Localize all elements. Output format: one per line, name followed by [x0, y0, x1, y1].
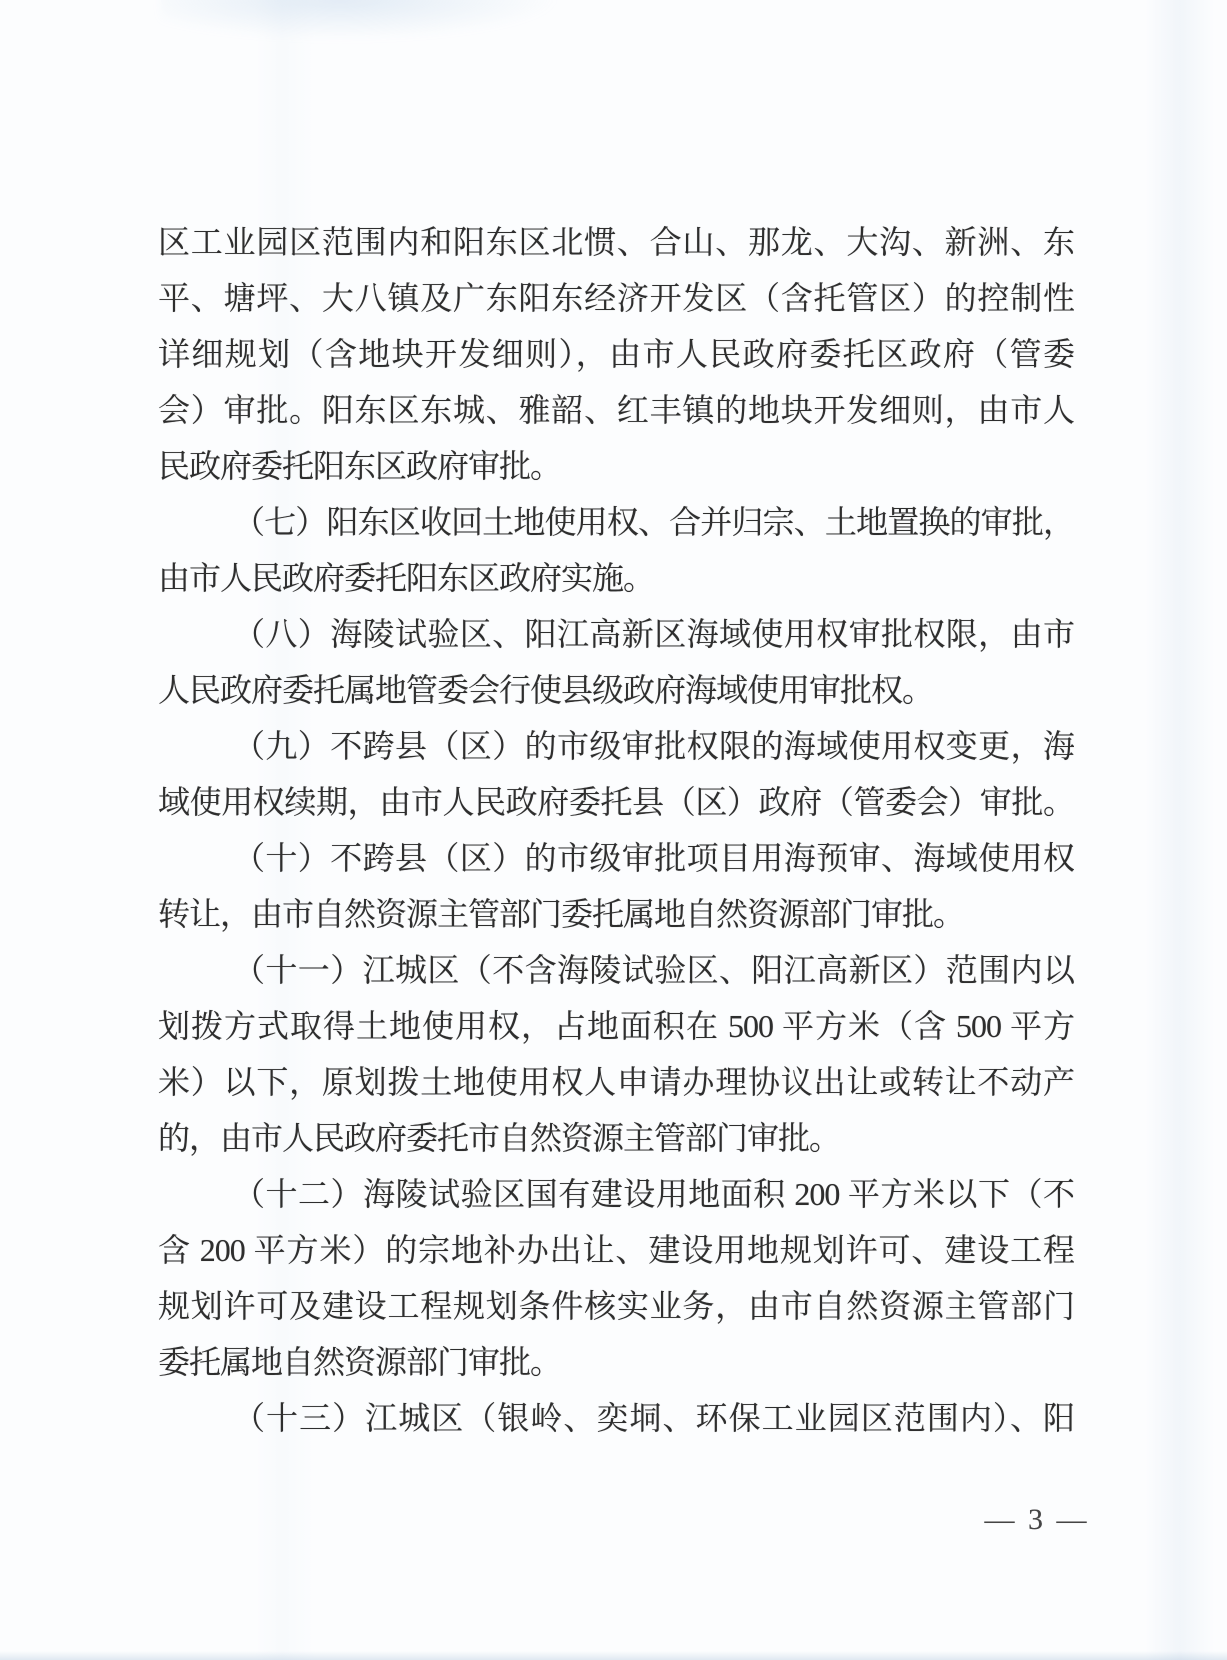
body-line: 委托属地自然资源部门审批。	[158, 1334, 1074, 1390]
body-line: 民政府委托阳东区政府审批。	[158, 438, 1074, 494]
body-line: 划拨方式取得土地使用权，占地面积在 500 平方米（含 500 平方	[158, 998, 1074, 1054]
body-line: （十一）江城区（不含海陵试验区、阳江高新区）范围内以	[158, 942, 1074, 998]
body-line: 详细规划（含地块开发细则），由市人民政府委托区政府（管委	[158, 326, 1074, 382]
body-text: 区工业园区范围内和阳东区北惯、合山、那龙、大沟、新洲、东 平、塘坪、大八镇及广东…	[158, 214, 1074, 1446]
body-line: 含 200 平方米）的宗地补办出让、建设用地规划许可、建设工程	[158, 1222, 1074, 1278]
body-line: （八）海陵试验区、阳江高新区海域使用权审批权限，由市	[158, 606, 1074, 662]
scanned-document-page: 区工业园区范围内和阳东区北惯、合山、那龙、大沟、新洲、东 平、塘坪、大八镇及广东…	[0, 0, 1227, 1660]
body-line: 会）审批。阳东区东城、雅韶、红丰镇的地块开发细则，由市人	[158, 382, 1074, 438]
body-line: 米）以下，原划拨土地使用权人申请办理协议出让或转让不动产	[158, 1054, 1074, 1110]
page-number: — 3 —	[962, 1496, 1112, 1544]
body-line: 规划许可及建设工程规划条件核实业务，由市自然资源主管部门	[158, 1278, 1074, 1334]
body-line: 人民政府委托属地管委会行使县级政府海域使用审批权。	[158, 662, 1074, 718]
body-line: （十二）海陵试验区国有建设用地面积 200 平方米以下（不	[158, 1166, 1074, 1222]
scan-bottom-edge	[0, 1651, 1227, 1660]
body-line: 由市人民政府委托阳东区政府实施。	[158, 550, 1074, 606]
body-line: 域使用权续期，由市人民政府委托县（区）政府（管委会）审批。	[158, 774, 1074, 830]
body-line: （七）阳东区收回土地使用权、合并归宗、土地置换的审批，	[158, 494, 1074, 550]
body-line: （十三）江城区（银岭、奕垌、环保工业园区范围内）、阳	[158, 1390, 1074, 1446]
scan-smudge-top	[160, 0, 560, 40]
body-line: 的，由市人民政府委托市自然资源主管部门审批。	[158, 1110, 1074, 1166]
body-line: 平、塘坪、大八镇及广东阳东经济开发区（含托管区）的控制性	[158, 270, 1074, 326]
body-line: 转让，由市自然资源主管部门委托属地自然资源部门审批。	[158, 886, 1074, 942]
body-line: （十）不跨县（区）的市级审批项目用海预审、海域使用权	[158, 830, 1074, 886]
scan-streak-right	[1145, 0, 1215, 1660]
body-line: （九）不跨县（区）的市级审批权限的海域使用权变更，海	[158, 718, 1074, 774]
body-line: 区工业园区范围内和阳东区北惯、合山、那龙、大沟、新洲、东	[158, 214, 1074, 270]
